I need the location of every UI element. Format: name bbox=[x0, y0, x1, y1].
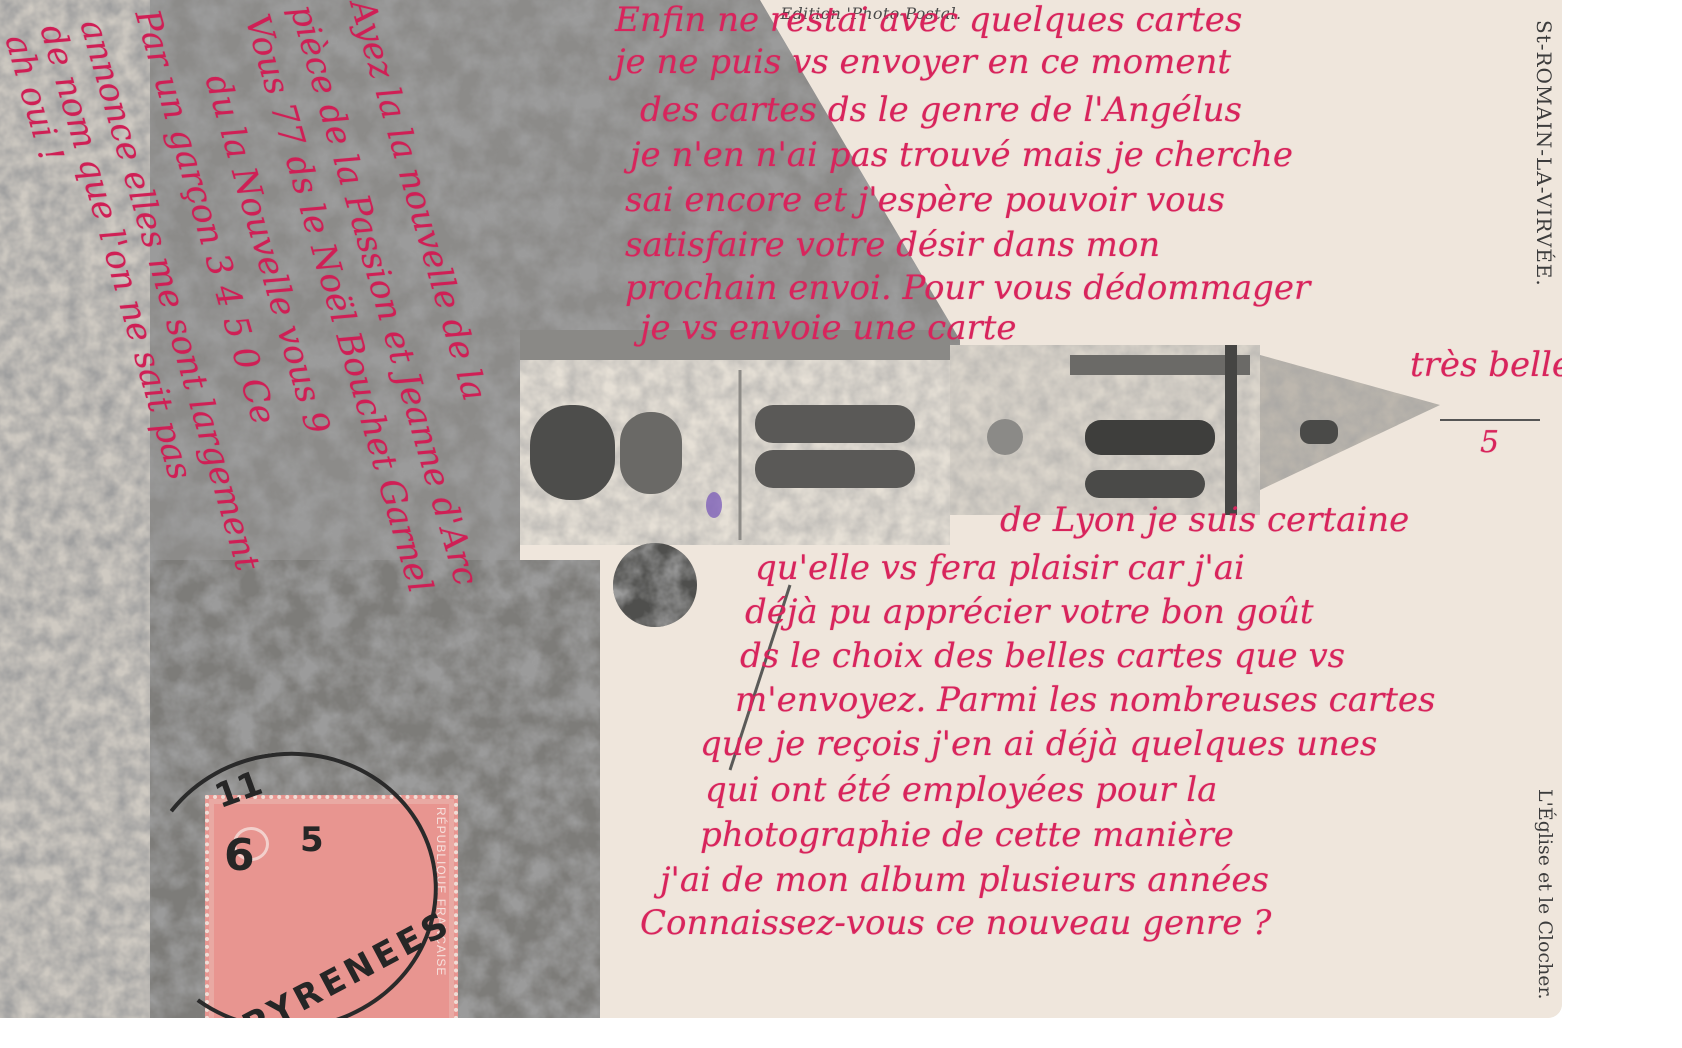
postmark-day: 6 bbox=[224, 830, 255, 881]
message-line: sai encore et j'espère pouvoir vous bbox=[625, 180, 1225, 220]
message-line: photographie de cette manière bbox=[700, 815, 1234, 855]
message-line: j'ai de mon album plusieurs années bbox=[660, 860, 1269, 900]
message-line: je vs envoie une carte bbox=[640, 308, 1017, 348]
side-caption: St-ROMAIN-LA-VIRVÉE. L'Église et le Cloc… bbox=[1522, 20, 1556, 1000]
message-line: je n'en n'ai pas trouvé mais je cherche bbox=[630, 135, 1293, 175]
message-line: Connaissez-vous ce nouveau genre ? bbox=[640, 903, 1271, 943]
subject-caption: L'Église et le Clocher. bbox=[1522, 789, 1556, 1000]
message-line: m'envoyez. Parmi les nombreuses cartes bbox=[735, 680, 1435, 720]
message-line: Enfin ne restai avec quelques cartes bbox=[615, 0, 1242, 40]
message-line: des cartes ds le genre de l'Angélus bbox=[640, 90, 1242, 130]
message-line: déjà pu apprécier votre bon goût bbox=[745, 592, 1314, 632]
message-line: qu'elle vs fera plaisir car j'ai bbox=[755, 548, 1245, 588]
message-line: ds le choix des belles cartes que vs bbox=[740, 636, 1345, 676]
place-caption: St-ROMAIN-LA-VIRVÉE. bbox=[1522, 20, 1556, 287]
message-line: prochain envoi. Pour vous dédommager bbox=[625, 268, 1310, 308]
message-line: satisfaire votre désir dans mon bbox=[625, 225, 1160, 265]
message-line: je ne puis vs envoyer en ce moment bbox=[615, 42, 1231, 82]
ink-blot bbox=[706, 492, 722, 518]
postcard: Edition 'Photo-Postal. St-ROMAIN-LA-VIRV… bbox=[0, 0, 1562, 1018]
message-line: qui ont été employées pour la bbox=[705, 770, 1217, 810]
postmark-month: 5 bbox=[300, 820, 324, 860]
page-mark: 5 bbox=[1480, 425, 1499, 460]
message-line: que je reçois j'en ai déjà quelques unes bbox=[700, 724, 1377, 764]
message-line: très belle bbox=[1410, 345, 1562, 385]
message-line: de Lyon je suis certaine bbox=[1000, 500, 1409, 540]
